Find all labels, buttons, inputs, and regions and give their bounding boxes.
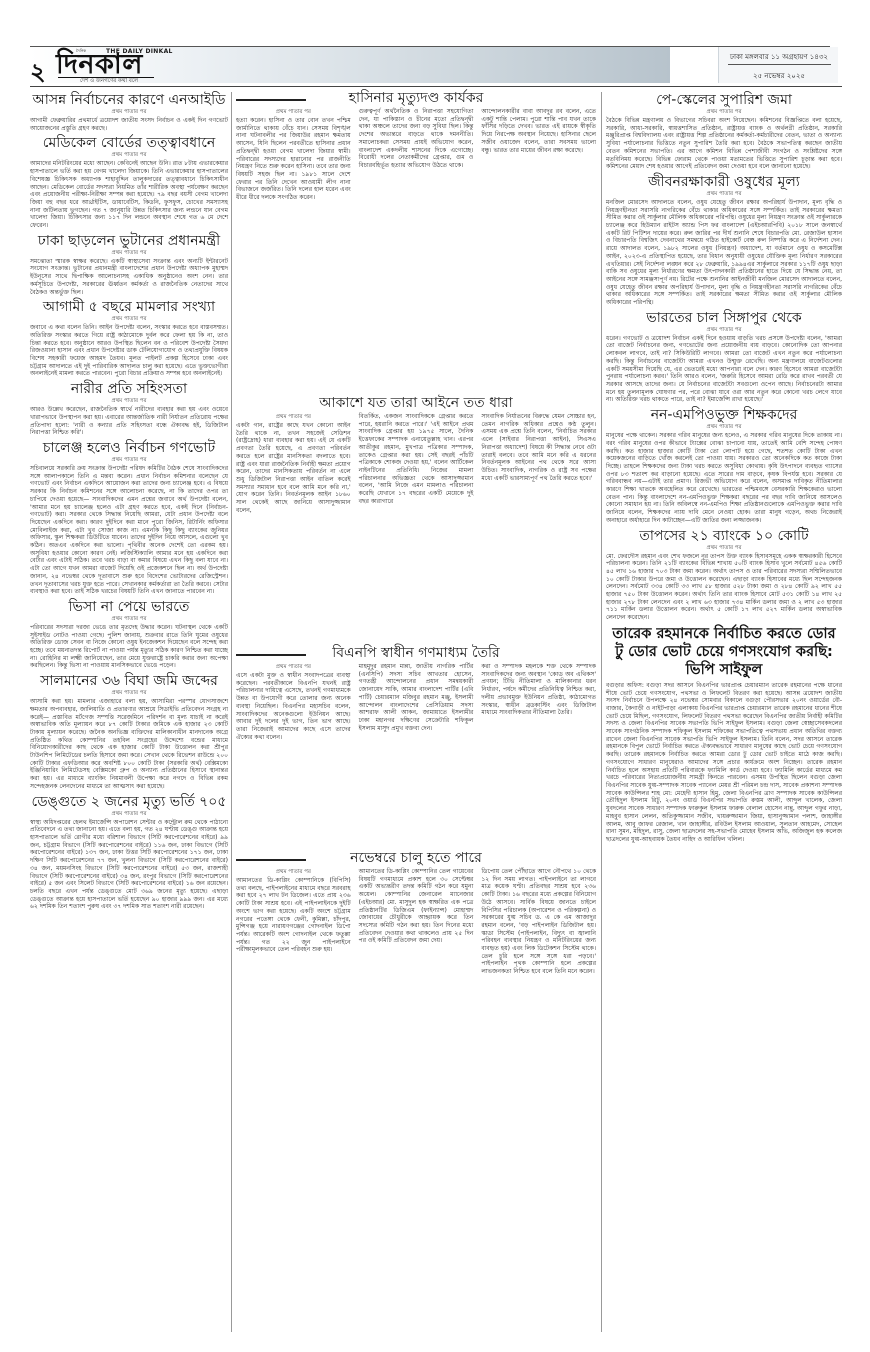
continued-label: প্রথম পাতার পর	[30, 316, 228, 323]
article-body-col1: আমানতের ডি-কাপ্লিং কোম্পানিকে (বিপিসি) ত…	[236, 877, 351, 954]
article-body: স্বাস্থ্য অধিদপ্তরের হেলথ ইমার্জেন্সি অপ…	[30, 819, 228, 911]
article-vp-saiful: তারেক রহমানকে নির্বাচিত করতে ডোর টু ডোর …	[606, 625, 842, 844]
article-body-col3: ডিপোয় তেল পৌঁছাতে আগে নৌপথে ১০ থেকে ১২ …	[481, 868, 596, 976]
headline[interactable]: তাপসের ২১ ব্যাংকে ১০ কোটি	[606, 528, 842, 544]
headline[interactable]: ঢাকা ছাড়লেন ভুটানের প্রধানমন্ত্রী	[30, 233, 228, 249]
headline[interactable]: নন-এমপিওভুক্ত শিক্ষকদের	[606, 407, 842, 423]
article-body-col3: করা ও সম্পাদক মহলকে শক্ত থেকে সম্পাদক সা…	[481, 663, 596, 717]
headline[interactable]: হাসিনার মৃত্যুদণ্ড কার্যকর	[236, 90, 596, 106]
headline[interactable]: আসন্ন নির্বাচনের কারণে এনআইডি	[30, 92, 228, 108]
continued-label: প্রথম পাতার পর	[30, 690, 228, 697]
article-medical-board: মেডিকেল বোর্ডের তত্ত্বাবধানে প্রথম পাতার…	[30, 135, 228, 229]
headline[interactable]: আকাশে যত তারা আইনে তত ধারা	[236, 395, 596, 411]
article-bnp-media: বিএনপি স্বাধীন গণমাধ্যম তৈরি প্রথম পাতার…	[236, 645, 596, 741]
article-violence-women: নারীর প্রতি সহিংসতা প্রথম পাতার পর আরও উ…	[30, 381, 228, 437]
headline[interactable]: জীবনরক্ষাকারী ওষুধের মূল্য	[606, 174, 842, 190]
headline[interactable]: নভেম্বরে চালু হতে পারে	[236, 850, 596, 866]
right-column: পে-স্কেলের সুপারিশ জমা প্রথম পাতার পর বৈ…	[606, 92, 842, 847]
headline[interactable]: সালমানের ৩৬ বিঘা জমি জব্দের	[30, 673, 228, 689]
article-body: বৈঠকে বিভিন্ন মন্ত্রণালয় ও বিভাগের সচিব…	[606, 117, 842, 171]
article-body: আরও উল্লেখ করেছেন, রাজনৈতিক স্বার্থে নার…	[30, 406, 228, 437]
continued-label: প্রথম পাতার পর	[606, 191, 842, 198]
article-body: মানুষের পক্ষে থাকেন। সরকার গরিব মানুষের …	[606, 432, 842, 524]
date-bangla: ঢাকা মঙ্গলবার ১১ অগ্রহায়ণ ১৪৩২	[724, 51, 834, 63]
masthead-rule	[30, 86, 842, 87]
headline[interactable]: তারেক রহমানকে নির্বাচিত করতে ডোর টু ডোর …	[606, 625, 842, 679]
continued-label: প্রথম পাতার পর	[30, 152, 228, 159]
continued-label: প্রথম পাতার পর	[30, 811, 228, 818]
headline[interactable]: মেডিকেল বোর্ডের তত্ত্বাবধানে	[30, 135, 228, 151]
continued-label: প্রথম পাতার পর	[30, 616, 228, 623]
continued-label: প্রথম পাতার পর	[606, 545, 842, 552]
article-body: সমঝোতা স্মারক স্বাক্ষর করেছে। একটি স্বাস…	[30, 258, 228, 297]
headline[interactable]: নারীর প্রতি সহিংসতা	[30, 381, 228, 397]
article-referendum-challenge: চালেঞ্জ হলেও নির্বাচন গণভোট প্রথম পাতার …	[30, 440, 228, 596]
continued-label: প্রথম পাতার পর	[30, 109, 228, 116]
article-dengue: ডেঙ্গুতে ২ জনের মৃত্যু ভর্তি ৭০৫ প্রথম প…	[30, 794, 228, 911]
headline[interactable]: ভারতের চাল সিঙ্গাপুর থেকে	[606, 310, 842, 326]
article-taposh-banks: তাপসের ২১ ব্যাংকে ১০ কোটি প্রথম পাতার পর…	[606, 528, 842, 622]
article-bhutan-pm: ঢাকা ছাড়লেন ভুটানের প্রধানমন্ত্রী প্রথম…	[30, 233, 228, 297]
continued-label: প্রথম পাতার পর	[30, 250, 228, 257]
continued-label: প্রথম পাতার পর	[236, 414, 351, 421]
article-body: আগামী ফেব্রুয়ারির প্রথমার্ধে ত্রয়োদশ জ…	[30, 117, 228, 132]
continued-label: প্রথম পাতার পর	[30, 457, 228, 464]
article-body-col3: সাংবাদিক নির্যাতনের বিরুদ্ধে যেমন সোচ্চা…	[481, 413, 596, 482]
article-body: মনজিল মোরসেদ আদালতে বলেন, ওষুধ যেহেতু জী…	[606, 199, 842, 307]
page-number: ২	[30, 54, 46, 94]
article-drug-price: জীবনরক্ষাকারী ওষুধের মূল্য প্রথম পাতার প…	[606, 174, 842, 307]
article-body-col1: একটা গান, রাষ্ট্রের কাছে যখন কোনো আইন তৈ…	[236, 422, 351, 514]
article-body: মো. ফেরদৌস রহমান এবং শেখ ফজলে নূর তাপস উ…	[606, 553, 842, 622]
article-body: পরিবারের সদস্যরা দরজা ভেঙে তার মৃতদেহ উদ…	[30, 624, 228, 670]
article-body-col2: মাহমুদুর রহমান মান্না, জাতীয় নাগরিক পার…	[359, 663, 474, 732]
article-body: জবাবে এ কথা বলেন তিনি। আইন উপদেষ্টা বলেন…	[30, 324, 228, 378]
article-body: সচিবালয়ে সরকারি ক্রয় সংক্রান্ত উপদেষ্ট…	[30, 465, 228, 596]
article-nid: আসন্ন নির্বাচনের কারণে এনআইডি প্রথম পাতা…	[30, 92, 228, 132]
article-laws-sections: আকাশে যত তারা আইনে তত ধারা প্রথম পাতার প…	[236, 395, 596, 514]
article-rice-singapore: ভারতের চাল সিঙ্গাপুর থেকে প্রথম পাতার পর…	[606, 310, 842, 404]
article-body: আসামি করা হয়। মামলার এজাহারে বলা হয়, আ…	[30, 698, 228, 790]
continued-label: প্রথম পাতার পর	[606, 327, 842, 334]
column-divider	[231, 92, 232, 1332]
article-body: আমাদের মনিটরিংয়ের মধ্যে আছেন। কেবিনেই আ…	[30, 160, 228, 229]
newspaper-logo: দিনকাল	[56, 50, 143, 80]
article-pipeline: নভেম্বরে চালু হতে পারে প্রথম পাতার পরআমা…	[236, 850, 596, 976]
continued-label: প্রথম পাতার পর	[236, 109, 351, 116]
article-body-col3: আন্দোলনকারীর বাবা আবদুর রব বলেন, এতে একট…	[481, 108, 596, 154]
headline[interactable]: ভিসা না পেয়ে ভারতে	[30, 599, 228, 615]
article-body-col1: হত্যা করেন। হাসিনা ও তার বোন তখন পশ্চিম …	[236, 117, 351, 202]
continued-label: প্রথম পাতার পর	[606, 424, 842, 431]
article-pay-scale: পে-স্কেলের সুপারিশ জমা প্রথম পাতার পর বৈ…	[606, 92, 842, 171]
article-body-col2: আমানতের ডি-কাপ্লিং কোম্পানির তেল গায়েবে…	[359, 868, 474, 945]
column-divider	[601, 92, 602, 1332]
article-visa: ভিসা না পেয়ে ভারতে প্রথম পাতার পর পরিবা…	[30, 599, 228, 670]
article-case-count: আগামী ৫ বছরে মামলার সংখ্যা প্রথম পাতার প…	[30, 299, 228, 378]
continued-label: প্রথম পাতার পর	[236, 869, 351, 876]
article-body: ধরেন। গণভোট ও ত্রয়োদশ নির্বাচন একই দিনে…	[606, 335, 842, 404]
date-divider	[728, 64, 831, 65]
article-body-col2: গুরুত্বপূর্ণ অর্থনৈতিক ও নিরাপত্তা সহযোগ…	[359, 108, 474, 170]
left-column: আসন্ন নির্বাচনের কারণে এনআইডি প্রথম পাতা…	[30, 92, 228, 914]
headline[interactable]: বিএনপি স্বাধীন গণমাধ্যম তৈরি	[236, 645, 596, 661]
continued-label: প্রথম পাতার পর	[606, 109, 842, 116]
continued-label: প্রথম পাতার পর	[236, 664, 351, 671]
article-salman-land: সালমানের ৩৬ বিঘা জমি জব্দের প্রথম পাতার …	[30, 673, 228, 790]
article-body-col1: এসে একটা মুক্ত ও স্বাধীন সংবাদপত্রের ব্য…	[236, 672, 351, 741]
continued-label: প্রথম পাতার পর	[30, 398, 228, 405]
article-body: বগুড়ার অফিস: বগুড়া সদর আসনে বিএনপির ভা…	[606, 682, 842, 844]
logo-tagline: দেশ ও জনগণের কথা বলে	[80, 78, 138, 86]
article-hasina-verdict: হাসিনার মৃত্যুদণ্ড কার্যকর প্রথম পাতার প…	[236, 90, 596, 202]
headline[interactable]: পে-স্কেলের সুপারিশ জমা	[606, 92, 842, 108]
article-non-mpo-teachers: নন-এমপিওভুক্ত শিক্ষকদের প্রথম পাতার পর ম…	[606, 407, 842, 524]
headline[interactable]: ডেঙ্গুতে ২ জনের মৃত্যু ভর্তি ৭০৫	[30, 794, 228, 810]
date-gregorian: ২৫ নভেম্বর ২০২৫	[724, 70, 834, 82]
headline[interactable]: আগামী ৫ বছরে মামলার সংখ্যা	[30, 299, 228, 315]
article-body-col2: বিতর্কিত, একজন সাংবাদিককে গ্রেপ্তার করতে…	[359, 413, 474, 505]
headline[interactable]: চালেঞ্জ হলেও নির্বাচন গণভোট	[30, 440, 228, 456]
